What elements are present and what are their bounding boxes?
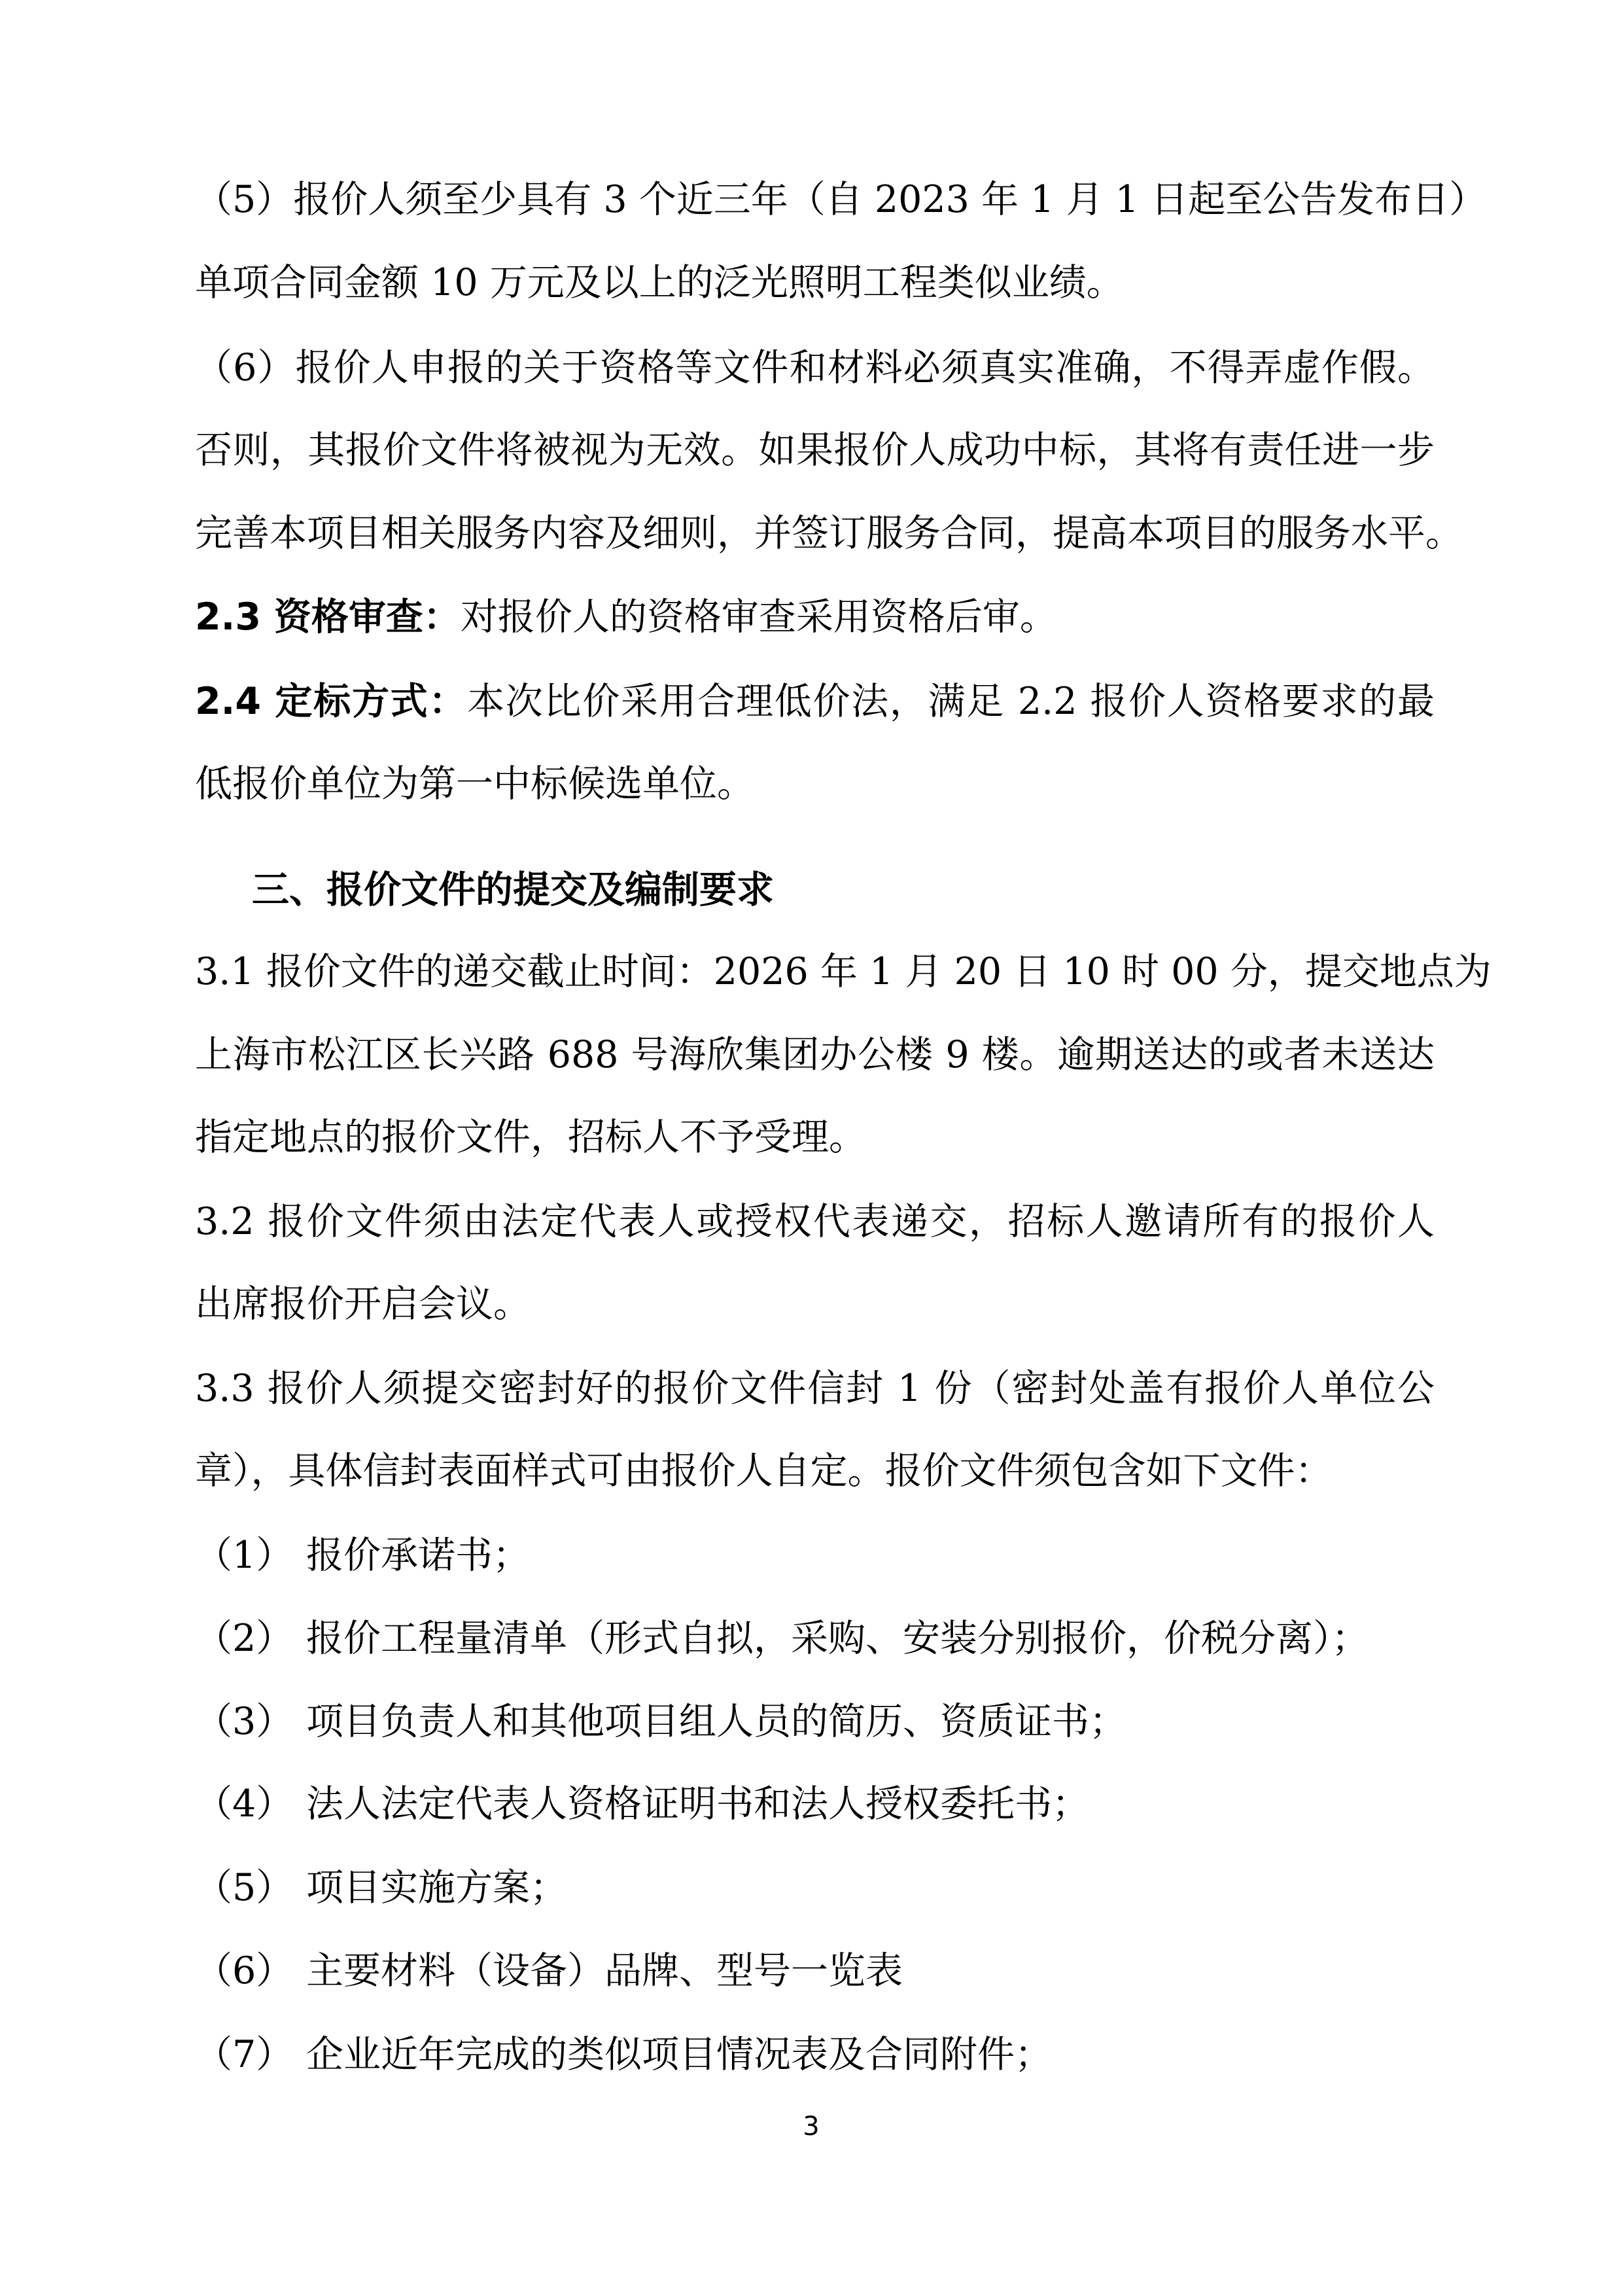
clause-3-2-line-2: 出席报价开启会议。 xyxy=(195,1280,531,1328)
file-list-item-text: 法人法定代表人资格证明书和法人授权委托书； xyxy=(306,1782,1089,1826)
file-list-item-4: （4）法人法定代表人资格证明书和法人授权委托书； xyxy=(195,1780,1089,1828)
requirement-5-line-1: （5）报价人须至少具有 3 个近三年（自 2023 年 1 月 1 日起至公告发… xyxy=(195,176,1435,223)
clause-2-4-title: 定标方式： xyxy=(275,680,468,723)
clause-3-1-line-2: 上海市松江区长兴路 688 号海欣集团办公楼 9 楼。逾期送达的或者未送达 xyxy=(195,1031,1435,1078)
file-list-item-number: （3） xyxy=(195,1698,306,1745)
file-list-item-2: （2）报价工程量清单（形式自拟，采购、安装分别报价，价税分离）； xyxy=(195,1615,1369,1662)
file-list-item-text: 主要材料（设备）品牌、型号一览表 xyxy=(306,1949,903,1992)
file-list-item-number: （7） xyxy=(195,2031,306,2078)
file-list-item-6: （6）主要材料（设备）品牌、型号一览表 xyxy=(195,1947,903,1994)
file-list-item-number: （5） xyxy=(195,1864,306,1911)
requirement-6-line-1: （6）报价人申报的关于资格等文件和材料必须真实准确，不得弄虚作假。 xyxy=(195,344,1435,391)
clause-2-3: 2.3 资格审查：对报价人的资格审查采用资格后审。 xyxy=(195,593,1057,641)
clause-2-3-number: 2.3 xyxy=(195,595,274,639)
file-list-item-7: （7）企业近年完成的类似项目情况表及合同附件； xyxy=(195,2031,1052,2078)
clause-2-4-number: 2.4 xyxy=(195,680,275,723)
document-page: （5）报价人须至少具有 3 个近三年（自 2023 年 1 月 1 日起至公告发… xyxy=(0,0,1623,2296)
clause-3-3-line-1: 3.3 报价人须提交密封好的报价文件信封 1 份（密封处盖有报价人单位公 xyxy=(195,1365,1435,1412)
file-list-item-number: （2） xyxy=(195,1615,306,1662)
file-list-item-text: 报价承诺书； xyxy=(306,1534,530,1577)
clause-2-3-title: 资格审查： xyxy=(274,595,461,639)
file-list-item-text: 企业近年完成的类似项目情况表及合同附件； xyxy=(306,2033,1052,2076)
clause-3-3-line-2: 章），具体信封表面样式可由报价人自定。报价文件须包含如下文件： xyxy=(195,1447,1333,1494)
requirement-6-line-3: 完善本项目相关服务内容及细则，并签订服务合同，提高本项目的服务水平。 xyxy=(195,510,1435,557)
file-list-item-text: 项目实施方案； xyxy=(306,1866,567,1909)
file-list-item-number: （6） xyxy=(195,1947,306,1994)
page-number: 3 xyxy=(746,2108,877,2145)
clause-3-1-line-1: 3.1 报价文件的递交截止时间：2026 年 1 月 20 日 10 时 00 … xyxy=(195,948,1435,995)
requirement-5-line-2: 单项合同金额 10 万元及以上的泛光照明工程类似业绩。 xyxy=(195,259,1124,306)
file-list-item-1: （1）报价承诺书； xyxy=(195,1532,530,1579)
file-list-item-number: （1） xyxy=(195,1532,306,1579)
clause-2-4-line-2: 低报价单位为第一中标候选单位。 xyxy=(195,760,754,807)
clause-3-2-line-1: 3.2 报价文件须由法定代表人或授权代表递交，招标人邀请所有的报价人 xyxy=(195,1198,1435,1245)
file-list-item-text: 报价工程量清单（形式自拟，采购、安装分别报价，价税分离）； xyxy=(306,1617,1369,1660)
clause-2-4-line-1: 2.4 定标方式：本次比价采用合理低价法，满足 2.2 报价人资格要求的最 xyxy=(195,678,1435,725)
requirement-6-line-2: 否则，其报价文件将被视为无效。如果报价人成功中标，其将有责任进一步 xyxy=(195,427,1435,474)
section-3-heading: 三、报价文件的提交及编制要求 xyxy=(252,866,774,913)
clause-3-1-line-3: 指定地点的报价文件，招标人不予受理。 xyxy=(195,1114,866,1161)
file-list-item-number: （4） xyxy=(195,1780,306,1828)
file-list-item-5: （5）项目实施方案； xyxy=(195,1864,567,1911)
file-list-item-text: 项目负责人和其他项目组人员的简历、资质证书； xyxy=(306,1700,1126,1743)
clause-2-3-text: 对报价人的资格审查采用资格后审。 xyxy=(461,595,1057,639)
file-list-item-3: （3）项目负责人和其他项目组人员的简历、资质证书； xyxy=(195,1698,1126,1745)
clause-2-4-text: 本次比价采用合理低价法，满足 2.2 报价人资格要求的最 xyxy=(467,680,1435,723)
